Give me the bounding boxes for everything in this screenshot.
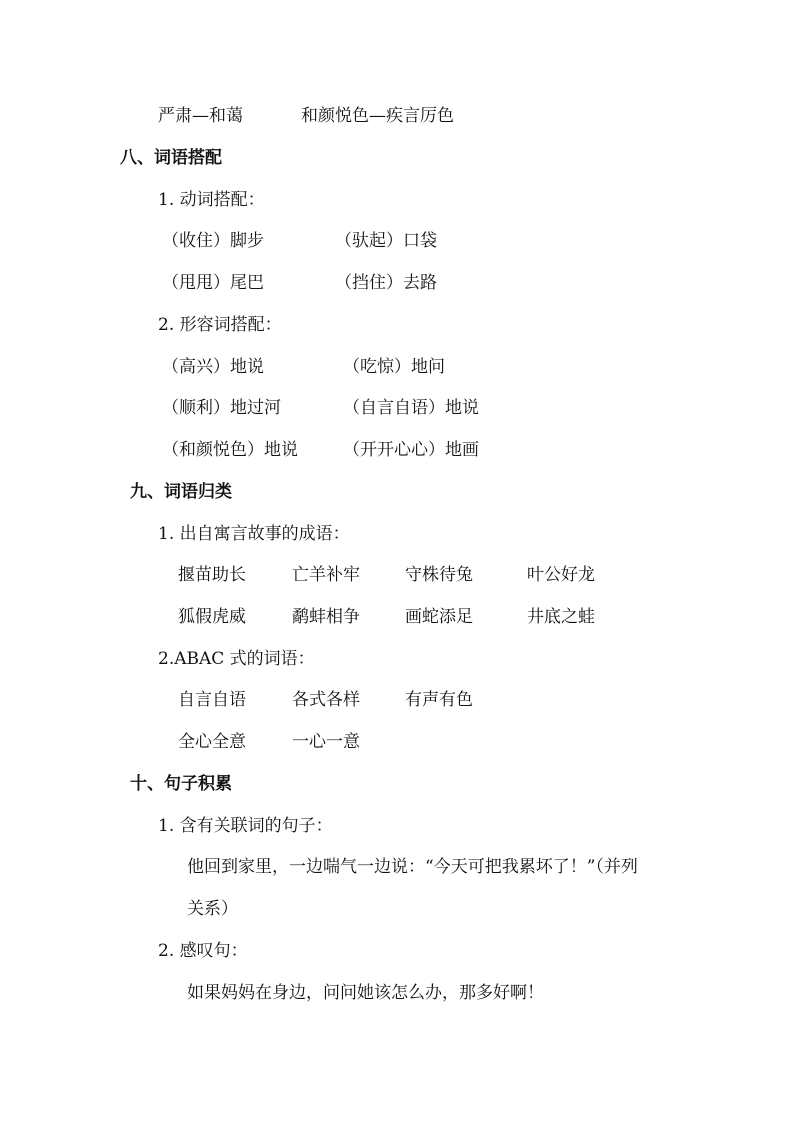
subsection-label: 2. 形容词搭配：: [158, 315, 282, 335]
antonym-pair: 严肃—和蔼: [158, 106, 243, 126]
abac-word: 一心一意: [292, 732, 360, 752]
abac-word: 全心全意: [178, 732, 246, 752]
adjective-collocation: （顺利）地过河: [162, 398, 281, 418]
adjective-collocation: （和颜悦色）地说: [162, 440, 298, 460]
idiom: 叶公好龙: [527, 565, 595, 585]
idiom: 鹬蚌相争: [292, 607, 360, 627]
idiom: 亡羊补牢: [292, 565, 360, 585]
example-sentence: 如果妈妈在身边，问问她该怎么办，那多好啊！: [187, 983, 544, 1003]
subsection-label: 2. 感叹句：: [158, 941, 248, 961]
idiom: 狐假虎威: [178, 607, 246, 627]
idiom: 守株待兔: [405, 565, 473, 585]
idiom: 画蛇添足: [405, 607, 473, 627]
verb-collocation: （挡住）去路: [335, 273, 437, 293]
subsection-label: 2.ABAC 式的词语：: [158, 649, 315, 669]
adjective-collocation: （高兴）地说: [162, 357, 264, 377]
antonym-pair: 和颜悦色—疾言厉色: [301, 106, 454, 126]
verb-collocation: （收住）脚步: [162, 231, 264, 251]
subsection-label: 1. 出自寓言故事的成语：: [158, 524, 350, 544]
abac-word: 各式各样: [292, 690, 360, 710]
section-heading: 八、词语搭配: [120, 148, 222, 168]
abac-word: 自言自语: [178, 690, 246, 710]
example-sentence-continued: 关系）: [187, 899, 238, 919]
section-heading: 十、句子积累: [130, 774, 232, 794]
adjective-collocation: （开开心心）地画: [343, 440, 479, 460]
abac-word: 有声有色: [405, 690, 473, 710]
subsection-label: 1. 含有关联词的句子：: [158, 816, 333, 836]
idiom: 井底之蛙: [527, 607, 595, 627]
section-heading: 九、词语归类: [130, 482, 232, 502]
verb-collocation: （驮起）口袋: [335, 231, 437, 251]
adjective-collocation: （自言自语）地说: [343, 398, 479, 418]
idiom: 揠苗助长: [178, 565, 246, 585]
adjective-collocation: （吃惊）地问: [343, 357, 445, 377]
subsection-label: 1. 动词搭配：: [158, 190, 265, 210]
example-sentence: 他回到家里，一边喘气一边说：“今天可把我累坏了！”（并列: [187, 857, 638, 877]
verb-collocation: （甩甩）尾巴: [162, 273, 264, 293]
